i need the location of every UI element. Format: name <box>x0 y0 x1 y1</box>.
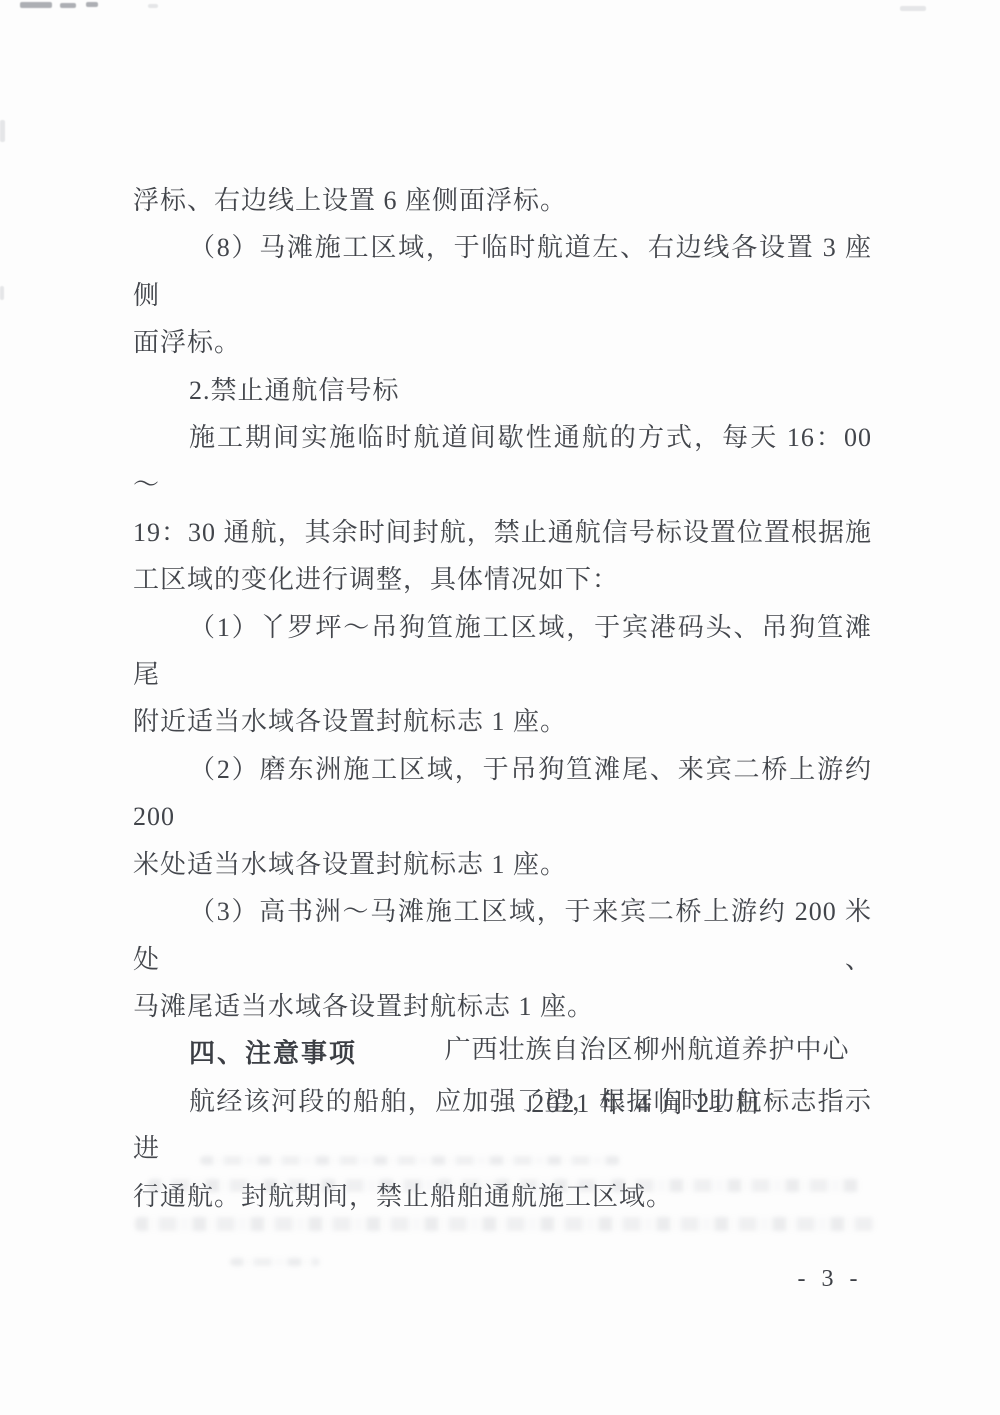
signature-organization: 广西壮族自治区柳州航道养护中心 <box>400 1032 894 1068</box>
signature-block: 广西壮族自治区柳州航道养护中心 2021 年 4 月 21 日 <box>400 1032 894 1122</box>
page-number: - 3 - <box>788 1266 872 1293</box>
bleed-through-artifact <box>230 1258 320 1266</box>
signature-date: 2021 年 4 月 21 日 <box>400 1086 894 1122</box>
body-line: （8）马滩施工区域，于临时航道左、右边线各设置 3 座侧 <box>133 224 872 319</box>
scan-artifact <box>20 2 52 8</box>
body-line: （3）高书洲～马滩施工区域，于来宾二桥上游约 200 米处、 <box>133 888 872 983</box>
body-line: 施工期间实施临时航道间歇性通航的方式，每天 16：00～ <box>133 414 872 509</box>
body-line: 面浮标。 <box>133 319 872 366</box>
scan-artifact <box>60 3 76 8</box>
bleed-through-artifact <box>135 1217 875 1231</box>
document-page: 浮标、右边线上设置 6 座侧面浮标。 （8）马滩施工区域，于临时航道左、右边线各… <box>0 0 1000 1415</box>
body-line: 工区域的变化进行调整，具体情况如下： <box>133 556 872 603</box>
body-line: （2）磨东洲施工区域，于吊狗笪滩尾、来宾二桥上游约 200 <box>133 746 872 841</box>
body-line: 附近适当水域各设置封航标志 1 座。 <box>133 698 872 745</box>
bleed-through-artifact <box>200 1156 620 1165</box>
bleed-through-artifact <box>148 1179 860 1192</box>
scan-artifact <box>86 2 98 7</box>
body-line: （1）丫罗坪～吊狗笪施工区域，于宾港码头、吊狗笪滩尾 <box>133 604 872 699</box>
body-line: 2.禁止通航信号标 <box>133 367 872 414</box>
body-line: 米处适当水域各设置封航标志 1 座。 <box>133 841 872 888</box>
body-line: 马滩尾适当水域各设置封航标志 1 座。 <box>133 983 872 1030</box>
body-line: 19：30 通航，其余时间封航，禁止通航信号标设置位置根据施 <box>133 509 872 556</box>
body-line: 浮标、右边线上设置 6 座侧面浮标。 <box>133 177 872 224</box>
scan-artifact <box>900 6 926 11</box>
scan-artifact <box>0 286 4 300</box>
scan-artifact <box>148 4 158 8</box>
scan-artifact <box>0 120 5 142</box>
